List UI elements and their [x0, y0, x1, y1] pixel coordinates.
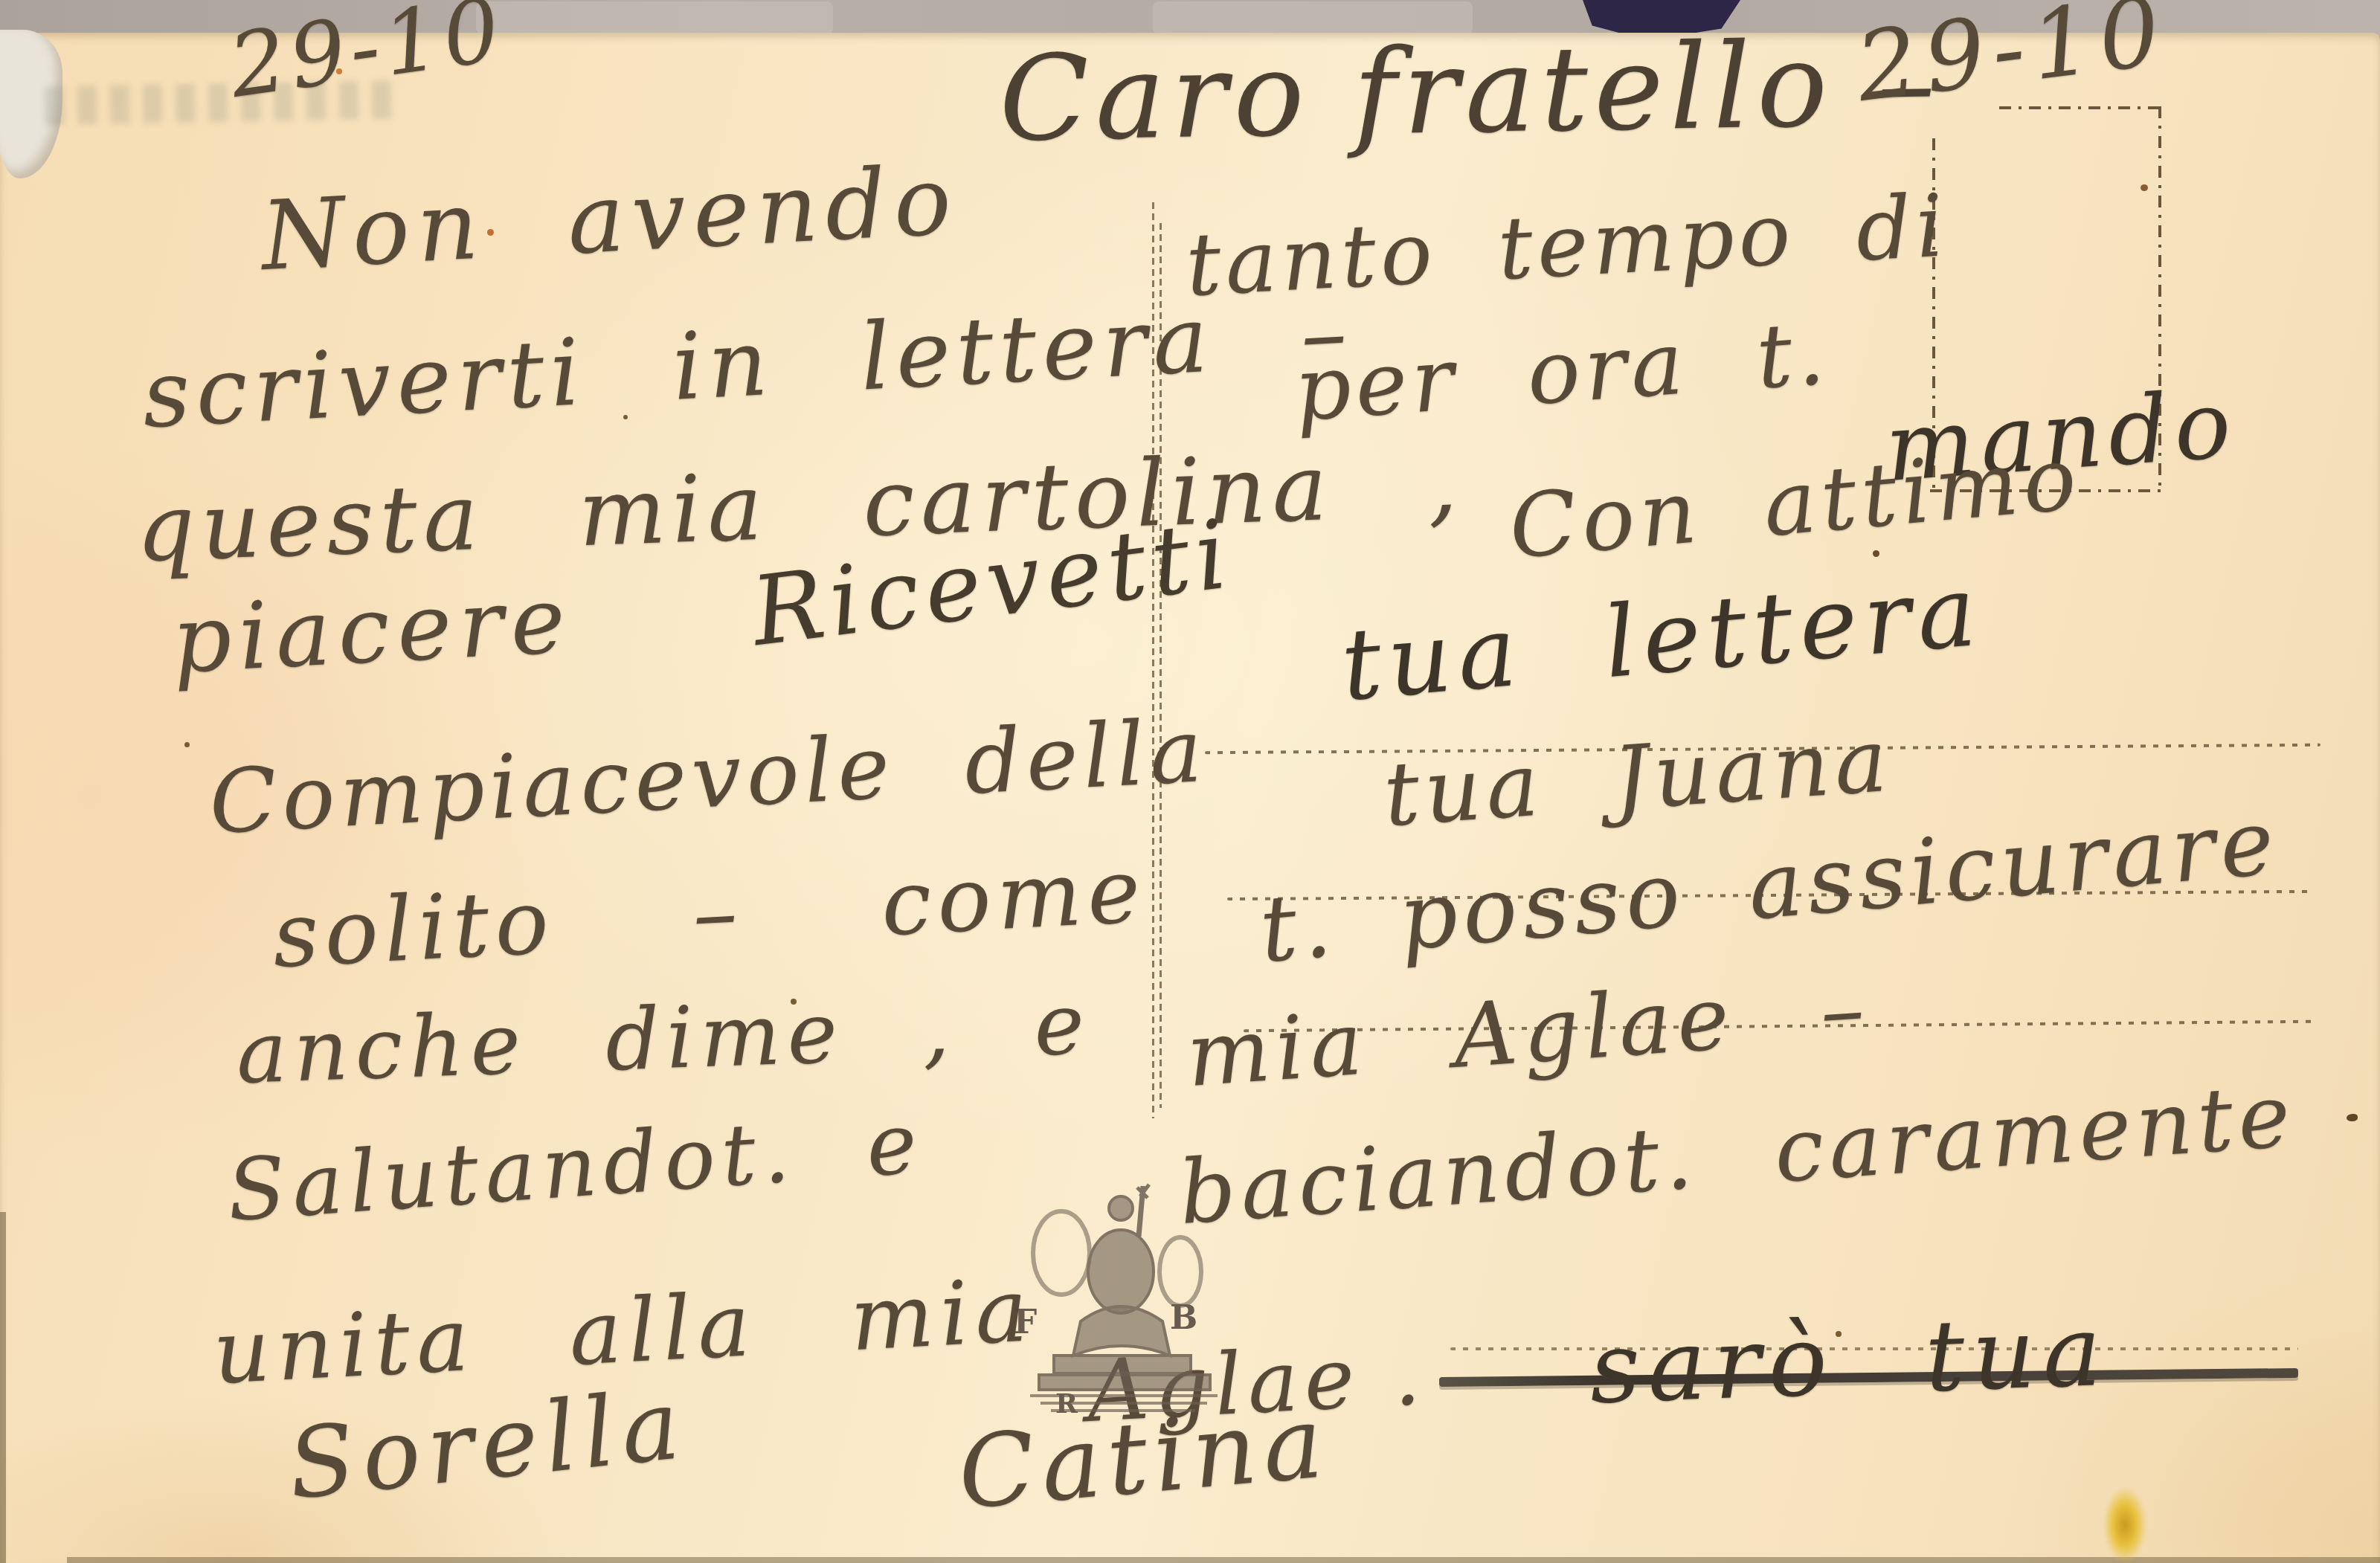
paper-edge-bottom [67, 1557, 2380, 1563]
paper-speck [487, 229, 494, 236]
paper-speck [1836, 1331, 1842, 1337]
paper-speck [336, 68, 342, 74]
handwriting-saro-tua: sarò tua [1588, 1302, 2110, 1418]
emblem-letter-r: R [1055, 1388, 1078, 1419]
postcard-scan: 29-10 Caro fratello – 29-10 Non avendo t… [0, 0, 2380, 1563]
paper-speck [623, 415, 628, 419]
publisher-emblem: F B R [1008, 1179, 1238, 1424]
paper-speck [184, 742, 190, 747]
emblem-letter-f: F [1014, 1303, 1037, 1341]
paper-speck [1873, 550, 1879, 557]
handwriting-line4-left: piacere [170, 574, 575, 687]
paper-edge-left [0, 1212, 6, 1563]
stamp-box-edge-top [1999, 106, 2161, 109]
emblem-letter-b: B [1170, 1299, 1197, 1337]
scanner-strip-highlight [476, 1, 833, 34]
handwriting-salutation: Caro fratello – [998, 25, 1942, 158]
paper-speck [2347, 1114, 2358, 1121]
emblem-statue-graphic [1008, 1179, 1238, 1424]
paper-stain-yellow [2103, 1487, 2146, 1563]
paper-speck [791, 999, 797, 1005]
paper-speck [2141, 184, 2148, 191]
